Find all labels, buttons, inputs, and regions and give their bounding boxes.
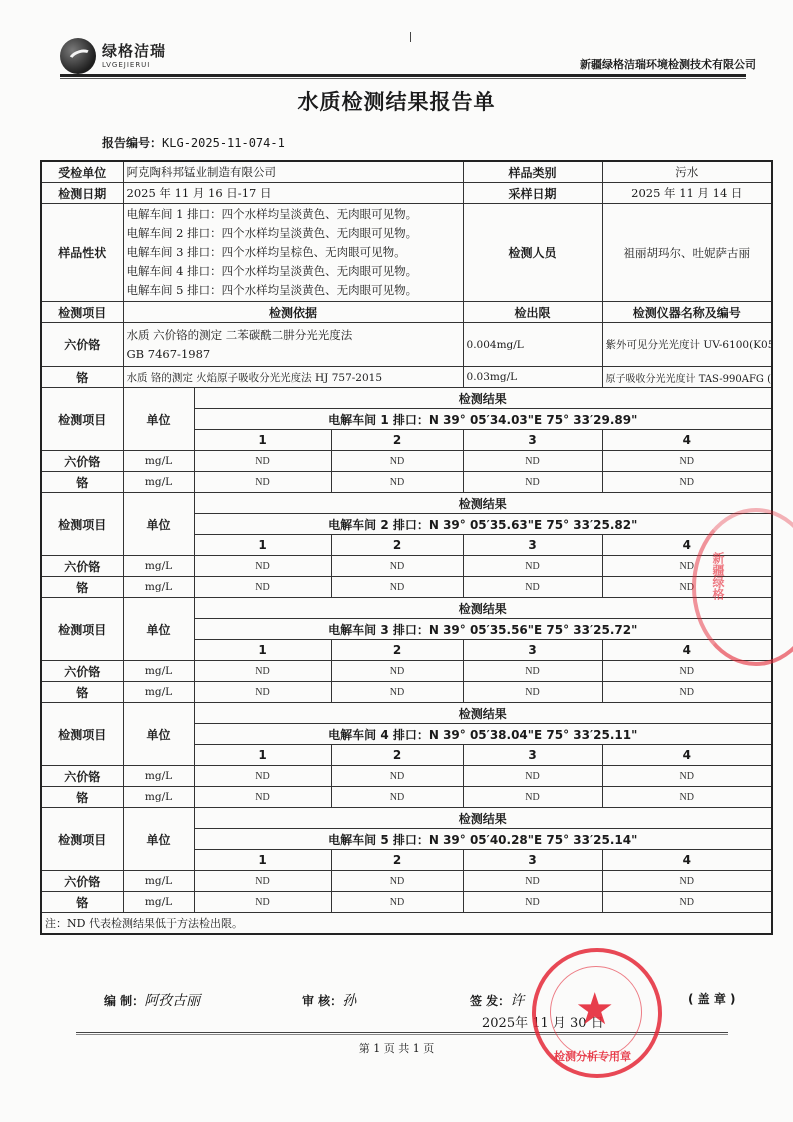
results-header: 检测结果 bbox=[194, 703, 772, 724]
result-value: ND bbox=[194, 577, 331, 598]
sample-desc-line: 电解车间 1 排口：四个水样均呈淡黄色、无肉眼可见物。 bbox=[127, 205, 460, 224]
result-unit: mg/L bbox=[123, 556, 194, 577]
page-number: 第 1 页 共 1 页 bbox=[0, 1040, 793, 1056]
sample-no: 4 bbox=[602, 850, 772, 871]
sampling-location: 电解车间 3 排口：N 39° 05′35.56"E 75° 33′25.72" bbox=[194, 619, 772, 640]
results-unit-header: 单位 bbox=[123, 388, 194, 451]
results-item-header: 检测项目 bbox=[41, 808, 123, 871]
report-table: 受检单位 阿克陶科邦锰业制造有限公司 样品类别 污水 检测日期 2025 年 1… bbox=[40, 160, 773, 935]
note-row: 注：ND 代表检测结果低于方法检出限。 bbox=[41, 913, 772, 935]
method-instrument: 原子吸收分光光度计 TAS-990AFG (K189) bbox=[602, 367, 772, 388]
results-item-header: 检测项目 bbox=[41, 388, 123, 451]
issue-date: 2025年 11 月 30 日 bbox=[482, 1012, 604, 1031]
result-row: 铬 mg/L ND ND ND ND bbox=[41, 682, 772, 703]
result-value: ND bbox=[602, 892, 772, 913]
result-value: ND bbox=[602, 787, 772, 808]
results-unit-header: 单位 bbox=[123, 493, 194, 556]
results-header: 检测结果 bbox=[194, 598, 772, 619]
client-label: 受检单位 bbox=[41, 161, 123, 183]
reviewed-by: 审 核：孙 bbox=[302, 990, 356, 1010]
result-value: ND bbox=[463, 556, 602, 577]
result-value: ND bbox=[463, 871, 602, 892]
result-unit: mg/L bbox=[123, 577, 194, 598]
sample-desc-line: 电解车间 4 排口：四个水样均呈淡黄色、无肉眼可见物。 bbox=[127, 262, 460, 281]
result-value: ND bbox=[194, 556, 331, 577]
sampling-location: 电解车间 5 排口：N 39° 05′40.28"E 75° 33′25.14" bbox=[194, 829, 772, 850]
methods-header-limit: 检出限 bbox=[463, 302, 602, 323]
sampling-location: 电解车间 4 排口：N 39° 05′38.04"E 75° 33′25.11" bbox=[194, 724, 772, 745]
logo-cn-text: 绿格洁瑞 bbox=[102, 44, 166, 59]
result-value: ND bbox=[463, 787, 602, 808]
company-name: 新疆绿格洁瑞环境检测技术有限公司 bbox=[580, 56, 756, 72]
method-basis-line: GB 7467-1987 bbox=[127, 345, 460, 364]
sample-no: 2 bbox=[331, 850, 463, 871]
result-unit: mg/L bbox=[123, 892, 194, 913]
result-value: ND bbox=[602, 451, 772, 472]
result-value: ND bbox=[194, 871, 331, 892]
result-item: 铬 bbox=[41, 892, 123, 913]
results-item-header: 检测项目 bbox=[41, 598, 123, 661]
result-item: 铬 bbox=[41, 787, 123, 808]
result-row: 铬 mg/L ND ND ND ND bbox=[41, 892, 772, 913]
method-basis: 水质 六价铬的测定 二苯碳酰二肼分光光度法 GB 7467-1987 bbox=[123, 323, 463, 367]
result-unit: mg/L bbox=[123, 661, 194, 682]
date-row: 检测日期 2025 年 11 月 16 日-17 日 采样日期 2025 年 1… bbox=[41, 183, 772, 204]
result-value: ND bbox=[331, 451, 463, 472]
result-row: 铬 mg/L ND ND ND ND bbox=[41, 577, 772, 598]
sample-no: 2 bbox=[331, 745, 463, 766]
result-value: ND bbox=[463, 661, 602, 682]
result-item: 六价铬 bbox=[41, 661, 123, 682]
client-value: 阿克陶科邦锰业制造有限公司 bbox=[123, 161, 463, 183]
method-basis: 水质 铬的测定 火焰原子吸收分光光度法 HJ 757-2015 bbox=[123, 367, 463, 388]
logo-swirl-icon bbox=[60, 38, 96, 74]
result-unit: mg/L bbox=[123, 871, 194, 892]
sample-desc-value: 电解车间 1 排口：四个水样均呈淡黄色、无肉眼可见物。 电解车间 2 排口：四个… bbox=[123, 204, 463, 302]
tester-value: 祖丽胡玛尔、吐妮萨古丽 bbox=[602, 204, 772, 302]
result-value: ND bbox=[463, 892, 602, 913]
method-instrument: 紫外可见分光光度计 UV-6100(K059) bbox=[602, 323, 772, 367]
sample-no: 1 bbox=[194, 430, 331, 451]
method-limit: 0.03mg/L bbox=[463, 367, 602, 388]
sample-no: 3 bbox=[463, 745, 602, 766]
result-value: ND bbox=[194, 766, 331, 787]
result-item: 六价铬 bbox=[41, 766, 123, 787]
results-title-row: 检测项目 单位 检测结果 bbox=[41, 493, 772, 514]
results-title-row: 检测项目 单位 检测结果 bbox=[41, 703, 772, 724]
result-item: 铬 bbox=[41, 682, 123, 703]
methods-header-basis: 检测依据 bbox=[123, 302, 463, 323]
issued-signature: 许 bbox=[510, 993, 524, 1009]
seal-label: ( 盖 章 ) bbox=[688, 990, 736, 1007]
result-row: 六价铬 mg/L ND ND ND ND bbox=[41, 451, 772, 472]
sampling-location: 电解车间 1 排口：N 39° 05′34.03"E 75° 33′29.89" bbox=[194, 409, 772, 430]
result-value: ND bbox=[463, 451, 602, 472]
sample-no: 1 bbox=[194, 850, 331, 871]
header-divider bbox=[60, 74, 746, 77]
sample-no: 1 bbox=[194, 640, 331, 661]
sample-type-value: 污水 bbox=[602, 161, 772, 183]
result-value: ND bbox=[331, 472, 463, 493]
footer-divider bbox=[76, 1032, 728, 1033]
results-title-row: 检测项目 单位 检测结果 bbox=[41, 598, 772, 619]
result-value: ND bbox=[463, 577, 602, 598]
results-unit-header: 单位 bbox=[123, 703, 194, 766]
method-row: 铬 水质 铬的测定 火焰原子吸收分光光度法 HJ 757-2015 0.03mg… bbox=[41, 367, 772, 388]
result-value: ND bbox=[331, 577, 463, 598]
result-value: ND bbox=[194, 472, 331, 493]
report-number: 报告编号：KLG-2025-11-074-1 bbox=[102, 134, 285, 151]
result-value: ND bbox=[463, 682, 602, 703]
result-item: 铬 bbox=[41, 472, 123, 493]
result-item: 铬 bbox=[41, 577, 123, 598]
result-row: 铬 mg/L ND ND ND ND bbox=[41, 472, 772, 493]
test-date-label: 检测日期 bbox=[41, 183, 123, 204]
result-value: ND bbox=[194, 682, 331, 703]
client-row: 受检单位 阿克陶科邦锰业制造有限公司 样品类别 污水 bbox=[41, 161, 772, 183]
result-unit: mg/L bbox=[123, 766, 194, 787]
sample-no: 3 bbox=[463, 640, 602, 661]
report-number-value: KLG-2025-11-074-1 bbox=[162, 136, 285, 150]
footnote: 注：ND 代表检测结果低于方法检出限。 bbox=[41, 913, 772, 935]
result-item: 六价铬 bbox=[41, 871, 123, 892]
result-unit: mg/L bbox=[123, 451, 194, 472]
result-value: ND bbox=[331, 892, 463, 913]
sample-desc-line: 电解车间 5 排口：四个水样均呈淡黄色、无肉眼可见物。 bbox=[127, 281, 460, 300]
sample-desc-row: 样品性状 电解车间 1 排口：四个水样均呈淡黄色、无肉眼可见物。 电解车间 2 … bbox=[41, 204, 772, 302]
sampling-location: 电解车间 2 排口：N 39° 05′35.63"E 75° 33′25.82" bbox=[194, 514, 772, 535]
sample-desc-line: 电解车间 3 排口：四个水样均呈棕色、无肉眼可见物。 bbox=[127, 243, 460, 262]
result-value: ND bbox=[194, 892, 331, 913]
results-item-header: 检测项目 bbox=[41, 493, 123, 556]
result-value: ND bbox=[331, 766, 463, 787]
result-row: 六价铬 mg/L ND ND ND ND bbox=[41, 871, 772, 892]
sample-no: 1 bbox=[194, 745, 331, 766]
method-item: 铬 bbox=[41, 367, 123, 388]
result-value: ND bbox=[331, 556, 463, 577]
result-value: ND bbox=[194, 451, 331, 472]
prepared-label: 编 制： bbox=[104, 994, 144, 1008]
sample-no: 3 bbox=[463, 430, 602, 451]
result-value: ND bbox=[602, 556, 772, 577]
result-row: 六价铬 mg/L ND ND ND ND bbox=[41, 556, 772, 577]
method-row: 六价铬 水质 六价铬的测定 二苯碳酰二肼分光光度法 GB 7467-1987 0… bbox=[41, 323, 772, 367]
results-title-row: 检测项目 单位 检测结果 bbox=[41, 388, 772, 409]
sample-no: 3 bbox=[463, 850, 602, 871]
sample-no: 4 bbox=[602, 640, 772, 661]
method-item: 六价铬 bbox=[41, 323, 123, 367]
methods-header-instrument: 检测仪器名称及编号 bbox=[602, 302, 772, 323]
prepared-signature: 阿孜古丽 bbox=[144, 993, 200, 1009]
sampling-date-value: 2025 年 11 月 14 日 bbox=[602, 183, 772, 204]
result-item: 六价铬 bbox=[41, 556, 123, 577]
methods-header-item: 检测项目 bbox=[41, 302, 123, 323]
tester-label: 检测人员 bbox=[463, 204, 602, 302]
result-value: ND bbox=[602, 871, 772, 892]
sample-no: 2 bbox=[331, 535, 463, 556]
sample-no: 4 bbox=[602, 430, 772, 451]
issued-label: 签 发： bbox=[470, 994, 510, 1008]
sample-no: 4 bbox=[602, 745, 772, 766]
sample-desc-label: 样品性状 bbox=[41, 204, 123, 302]
result-value: ND bbox=[602, 766, 772, 787]
methods-header-row: 检测项目 检测依据 检出限 检测仪器名称及编号 bbox=[41, 302, 772, 323]
header-divider-thin bbox=[60, 78, 746, 79]
results-header: 检测结果 bbox=[194, 808, 772, 829]
result-row: 六价铬 mg/L ND ND ND ND bbox=[41, 766, 772, 787]
issued-by: 签 发：许 bbox=[470, 990, 524, 1010]
report-number-label: 报告编号： bbox=[102, 136, 162, 150]
sample-type-label: 样品类别 bbox=[463, 161, 602, 183]
result-row: 铬 mg/L ND ND ND ND bbox=[41, 787, 772, 808]
result-value: ND bbox=[602, 577, 772, 598]
result-item: 六价铬 bbox=[41, 451, 123, 472]
result-value: ND bbox=[602, 661, 772, 682]
result-value: ND bbox=[463, 766, 602, 787]
result-value: ND bbox=[331, 787, 463, 808]
results-unit-header: 单位 bbox=[123, 598, 194, 661]
result-value: ND bbox=[331, 682, 463, 703]
company-logo: 绿格洁瑞 LVGEJIERUI bbox=[60, 38, 166, 74]
result-value: ND bbox=[194, 787, 331, 808]
reviewed-label: 审 核： bbox=[302, 994, 342, 1008]
sample-no: 2 bbox=[331, 640, 463, 661]
results-title-row: 检测项目 单位 检测结果 bbox=[41, 808, 772, 829]
method-basis-line: 水质 六价铬的测定 二苯碳酰二肼分光光度法 bbox=[127, 326, 460, 345]
test-date-value: 2025 年 11 月 16 日-17 日 bbox=[123, 183, 463, 204]
prepared-by: 编 制：阿孜古丽 bbox=[104, 990, 200, 1010]
reviewed-signature: 孙 bbox=[342, 993, 356, 1009]
results-item-header: 检测项目 bbox=[41, 703, 123, 766]
result-unit: mg/L bbox=[123, 682, 194, 703]
result-value: ND bbox=[194, 661, 331, 682]
results-header: 检测结果 bbox=[194, 388, 772, 409]
result-value: ND bbox=[602, 472, 772, 493]
report-title: 水质检测结果报告单 bbox=[0, 86, 793, 116]
result-value: ND bbox=[331, 871, 463, 892]
result-value: ND bbox=[463, 472, 602, 493]
letterhead: 绿格洁瑞 LVGEJIERUI 新疆绿格洁瑞环境检测技术有限公司 bbox=[60, 36, 756, 76]
logo-en-text: LVGEJIERUI bbox=[102, 62, 166, 69]
result-value: ND bbox=[602, 682, 772, 703]
sample-no: 3 bbox=[463, 535, 602, 556]
sample-desc-line: 电解车间 2 排口：四个水样均呈淡黄色、无肉眼可见物。 bbox=[127, 224, 460, 243]
results-header: 检测结果 bbox=[194, 493, 772, 514]
result-value: ND bbox=[331, 661, 463, 682]
footer-divider-thin bbox=[76, 1034, 728, 1035]
sample-no: 1 bbox=[194, 535, 331, 556]
result-unit: mg/L bbox=[123, 787, 194, 808]
method-limit: 0.004mg/L bbox=[463, 323, 602, 367]
result-row: 六价铬 mg/L ND ND ND ND bbox=[41, 661, 772, 682]
results-unit-header: 单位 bbox=[123, 808, 194, 871]
sample-no: 4 bbox=[602, 535, 772, 556]
sampling-date-label: 采样日期 bbox=[463, 183, 602, 204]
result-unit: mg/L bbox=[123, 472, 194, 493]
sample-no: 2 bbox=[331, 430, 463, 451]
